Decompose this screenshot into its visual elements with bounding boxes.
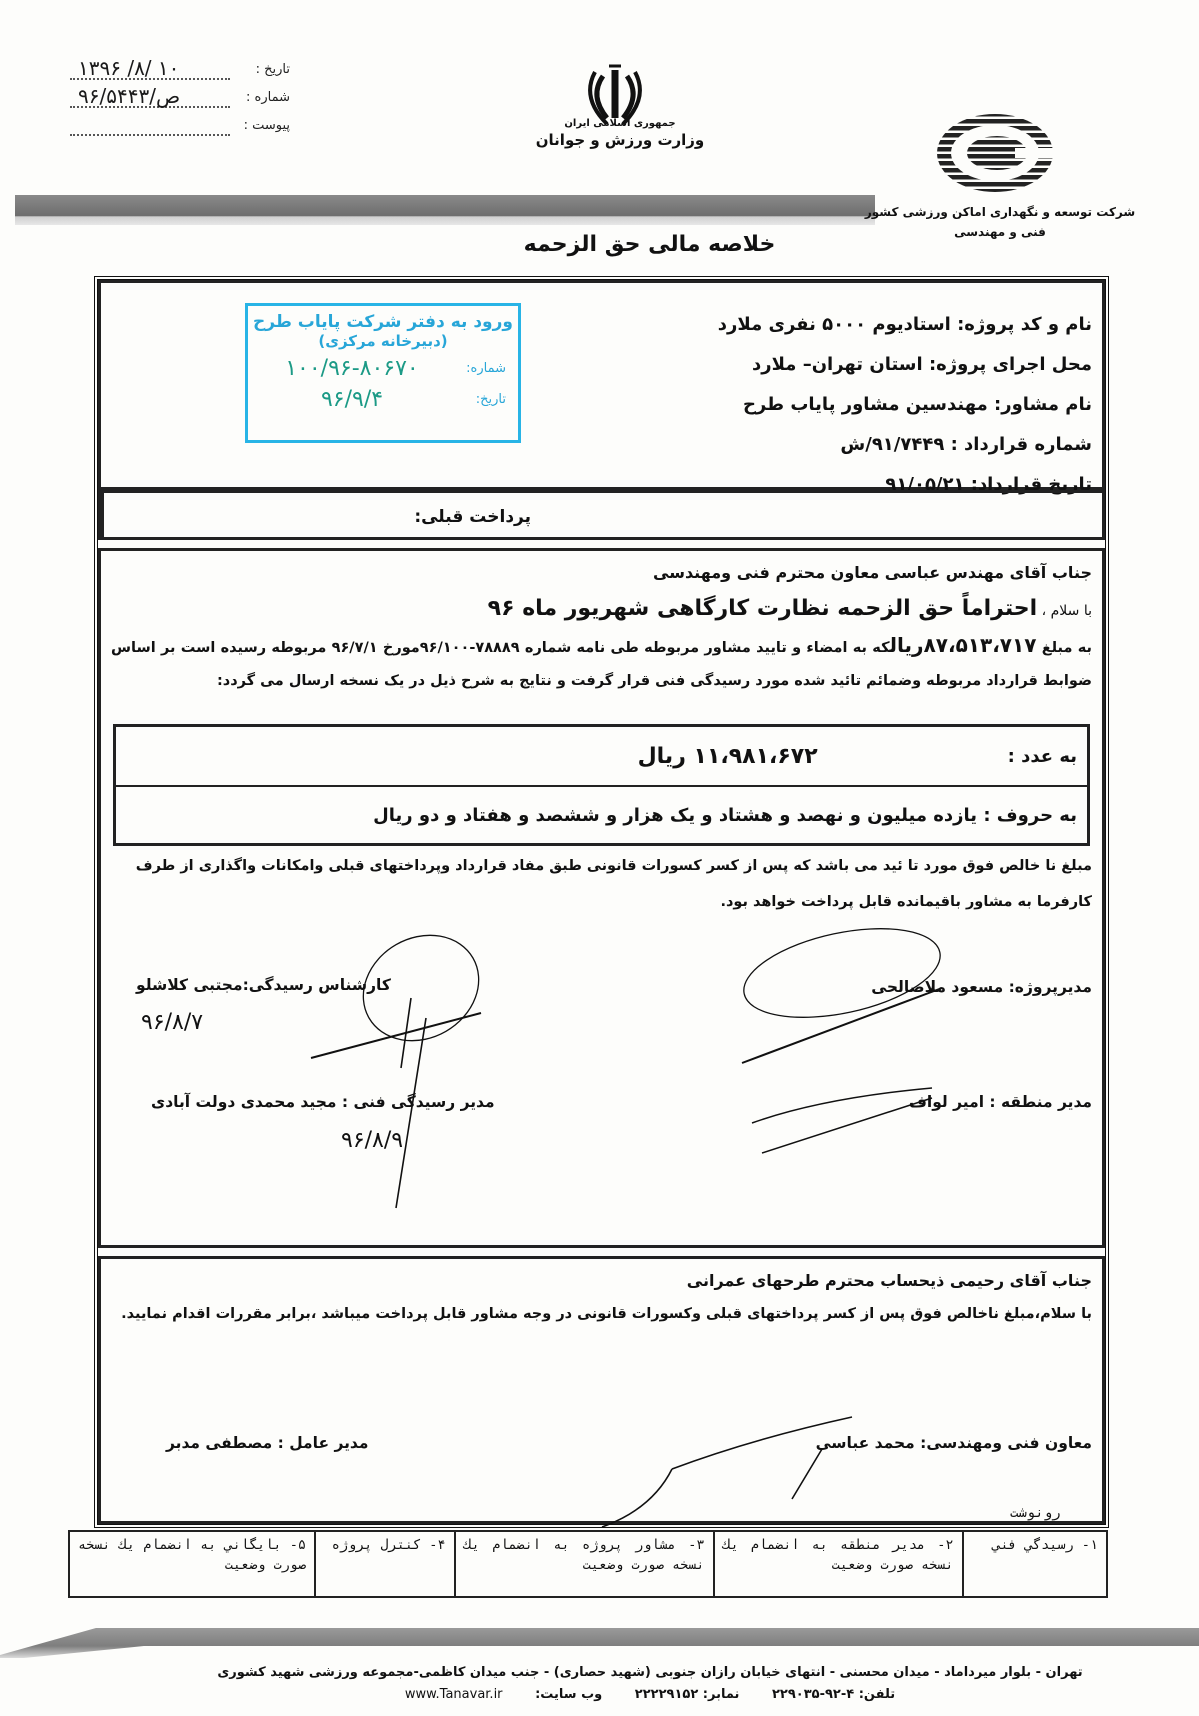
copy-item-3: ۳- مشاور پروژه به انضمام يك نسخه صورت وض… xyxy=(454,1532,713,1596)
stamp-date-row: تاریخ: ۹۶/۹/۴ xyxy=(248,387,518,412)
stamp-subtitle: (دبیرخانه مرکزی) xyxy=(248,332,518,350)
accounts-section: جناب آقای رحیمی ذیحساب محترم طرحهای عمرا… xyxy=(98,1256,1105,1524)
copy-item-1: ۱- رسیدگي فني xyxy=(962,1532,1106,1596)
review-letter-section: جناب آقای مهندس عباسی معاون محترم فنی وم… xyxy=(98,548,1105,1248)
amount-words-row: به حروف : یازده میلیون و نهصد و هشتاد و … xyxy=(116,785,1087,843)
amount-numeric-label: به عدد : xyxy=(1008,746,1077,767)
copy-item-4: ۴- كنترل پروژه xyxy=(314,1532,453,1596)
footer-website-label: وب سایت: xyxy=(535,1687,602,1702)
accounts-body: با سلام،مبلغ ناخالص فوق پس از کسر پرداخت… xyxy=(111,1296,1092,1332)
attachment-row: پیوست : xyxy=(70,111,290,139)
footer-website-link[interactable]: www.Tanavar.ir xyxy=(405,1684,503,1706)
date-label: تاریخ : xyxy=(230,62,290,77)
project-location: محل اجرای پروژه: استان تهران– ملارد xyxy=(718,345,1092,385)
date-row: تاریخ : ۱۳۹۶ /۸/ ۱۰ xyxy=(70,55,290,83)
previous-payment-section: پرداخت قبلی: xyxy=(98,490,1105,540)
stamp-date-value: ۹۶/۹/۴ xyxy=(248,387,456,412)
project-info-section: نام و کد پروژه: استادیوم ۵۰۰۰ نفری ملارد… xyxy=(98,280,1105,490)
attachment-value xyxy=(70,114,230,136)
contract-number: شماره قرارداد : ۹۱/۷۴۴۹/ش xyxy=(718,425,1092,465)
receipt-stamp: ورود به دفتر شرکت پایاب طرح (دبیرخانه مر… xyxy=(245,303,521,443)
number-value: ص/۹۶/۵۴۴۳ xyxy=(70,86,230,108)
ministry-label: وزارت ورزش و جوانان xyxy=(520,131,720,149)
amount-numeric-value: ۱۱،۹۸۱،۶۷۲ ریال xyxy=(638,744,818,769)
copy-item-2: ۲- مدير منطقه به انضمام يك نسخه صورت وضع… xyxy=(713,1532,962,1596)
letter-greeting-line: با سلام ، احتراماً حق الزحمه نظارت کارگا… xyxy=(111,596,1092,621)
letter-addressee: جناب آقای مهندس عباسی معاون محترم فنی وم… xyxy=(111,563,1092,582)
project-name: نام و کد پروژه: استادیوم ۵۰۰۰ نفری ملارد xyxy=(718,305,1092,345)
stamp-title: ورود به دفتر شرکت پایاب طرح xyxy=(248,312,518,332)
letter-meta: تاریخ : ۱۳۹۶ /۸/ ۱۰ شماره : ص/۹۶/۵۴۴۳ پی… xyxy=(70,55,290,139)
attachment-label: پیوست : xyxy=(230,118,290,133)
copy-item-5: ۵- بايگاني به انضمام يك نسخه صورت وضعيت xyxy=(70,1532,314,1596)
letter-subject: احتراماً حق الزحمه نظارت کارگاهی شهریور … xyxy=(488,596,1038,621)
project-info-lines: نام و کد پروژه: استادیوم ۵۰۰۰ نفری ملارد… xyxy=(718,305,1092,505)
number-row: شماره : ص/۹۶/۵۴۴۳ xyxy=(70,83,290,111)
signatures-block: مدیرپروژه: مسعود ملاصالحی کارشناس رسیدگی… xyxy=(111,928,1092,1218)
company-name: شرکت توسعه و نگهداری اماکن ورزشی کشور xyxy=(850,205,1150,219)
stamp-number-value: ۱۰۰/۹۶-۸۰۶۷۰ xyxy=(248,356,456,381)
letter-body: به مبلغ ۸۷،۵۱۳،۷۱۷ریالکه به امضاء و تایی… xyxy=(111,629,1092,698)
letter-greeting: با سلام ، xyxy=(1042,603,1092,619)
ceo-signature: مدیر عامل : مصطفی مدبر xyxy=(166,1434,368,1452)
amount-numeric-row: به عدد : ۱۱،۹۸۱،۶۷۲ ریال xyxy=(116,727,1087,785)
consultant-name: نام مشاور: مهندسین مشاور پایاب طرح xyxy=(718,385,1092,425)
copies-title: رونوشت xyxy=(1010,1505,1061,1521)
region-manager-scribble-icon xyxy=(742,1078,942,1158)
letter-amount: ۸۷،۵۱۳،۷۱۷ریال xyxy=(890,633,1037,657)
footer-phone: تلفن: ۴-۹۲-۲۲۹۰۳۵ xyxy=(772,1687,895,1702)
number-label: شماره : xyxy=(230,90,290,105)
main-frame: نام و کد پروژه: استادیوم ۵۰۰۰ نفری ملارد… xyxy=(94,276,1109,1528)
stamp-date-label: تاریخ: xyxy=(456,392,506,407)
accounts-addressee: جناب آقای رحیمی ذیحساب محترم طرحهای عمرا… xyxy=(111,1271,1092,1290)
net-amount-note: مبلغ نا خالص فوق مورد تا ئید می باشد که … xyxy=(111,848,1092,920)
ministry-header: جمهوری اسلامی ایران وزارت ورزش و جوانان xyxy=(520,118,720,149)
review-expert-date: ۹۶/۸/۷ xyxy=(141,1010,203,1035)
footer: تهران - بلوار میرداماد - میدان محسنی - ا… xyxy=(150,1662,1150,1706)
footer-contact: تلفن: ۴-۹۲-۲۲۹۰۳۵ نمابر: ۲۲۲۲۹۱۵۲ وب سای… xyxy=(150,1684,1150,1706)
letter-para-prefix: به مبلغ xyxy=(1042,640,1092,656)
header-band xyxy=(15,195,875,225)
project-manager-scribble-icon xyxy=(732,928,962,1068)
stamp-number-row: شماره: ۱۰۰/۹۶-۸۰۶۷۰ xyxy=(248,356,518,381)
amount-words-label: به حروف : xyxy=(983,805,1077,826)
amount-words-value: یازده میلیون و نهصد و هشتاد و یک هزار و … xyxy=(373,805,977,826)
review-expert-scribble-icon xyxy=(251,928,511,1218)
stamp-number-label: شماره: xyxy=(456,361,506,376)
previous-payment-label: پرداخت قبلی: xyxy=(101,493,541,537)
footer-band xyxy=(0,1628,1199,1658)
footer-fax: نمابر: ۲۲۲۲۹۱۵۲ xyxy=(635,1687,740,1702)
copies-table: ۱- رسیدگي فني ۲- مدير منطقه به انضمام يك… xyxy=(68,1530,1108,1598)
document-title: خلاصه مالی حق الزحمه xyxy=(0,232,1199,257)
date-value: ۱۳۹۶ /۸/ ۱۰ xyxy=(70,58,230,80)
footer-address: تهران - بلوار میرداماد - میدان محسنی - ا… xyxy=(150,1662,1150,1684)
company-logo-icon xyxy=(935,112,1055,194)
deputy-scribble-icon xyxy=(592,1409,872,1529)
republic-label: جمهوری اسلامی ایران xyxy=(520,118,720,129)
amount-box: به عدد : ۱۱،۹۸۱،۶۷۲ ریال به حروف : یازده… xyxy=(113,724,1090,846)
